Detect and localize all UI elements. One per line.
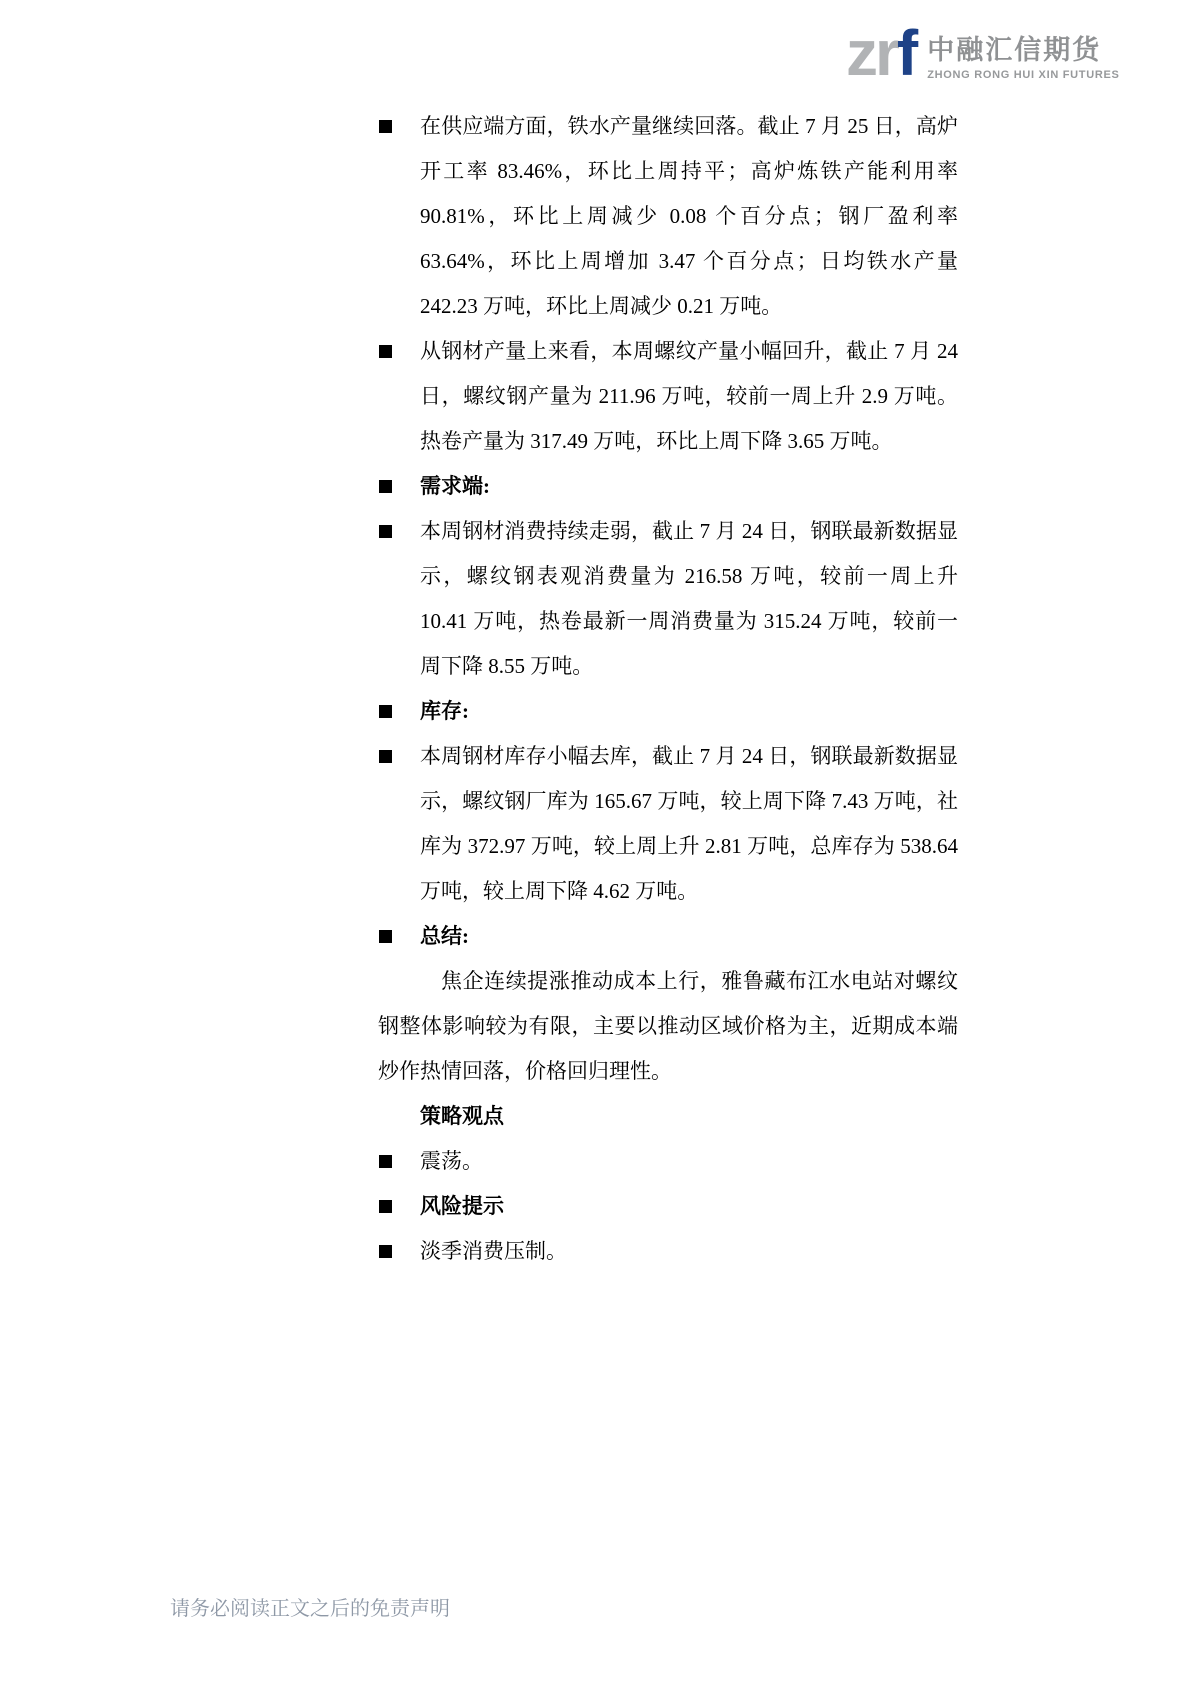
logo-f-letter: f [897,17,915,89]
item-text: 需求端: [420,474,490,498]
bullet-square-icon [379,705,392,718]
company-logo: zrf 中融汇信期货 ZHONG RONG HUI XIN FUTURES [846,24,1120,82]
bullet-item: 震荡。 [378,1139,958,1184]
item-text: 本周钢材库存小幅去库，截止 7 月 24 日，钢联最新数据显示，螺纹钢厂库为 1… [420,744,958,903]
bullet-item: 淡季消费压制。 [378,1229,958,1274]
item-text: 总结: [420,924,469,948]
item-text: 库存: [420,699,469,723]
bullet-item: 本周钢材消费持续走弱，截止 7 月 24 日，钢联最新数据显示，螺纹钢表观消费量… [378,509,958,689]
logo-monogram: zrf [846,24,915,82]
item-text: 淡季消费压制。 [420,1239,567,1263]
bullet-section-heading: 风险提示 [378,1184,958,1229]
bullet-square-icon [379,750,392,763]
bullet-square-icon [379,1155,392,1168]
bullet-square-icon [379,930,392,943]
footer-disclaimer: 请务必阅读正文之后的免责声明 [170,1596,450,1622]
company-name-english: ZHONG RONG HUI XIN FUTURES [927,69,1119,81]
logo-zr-letters: zr [846,17,897,89]
bullet-section-heading: 总结: [378,914,958,959]
bullet-section-heading: 需求端: [378,464,958,509]
bullet-square-icon [379,525,392,538]
bullet-item: 从钢材产量上来看，本周螺纹产量小幅回升，截止 7 月 24 日，螺纹钢产量为 2… [378,329,958,464]
section-heading: 策略观点 [378,1094,958,1139]
bullet-square-icon [379,120,392,133]
bullet-square-icon [379,345,392,358]
item-text: 焦企连续提涨推动成本上行，雅鲁藏布江水电站对螺纹钢整体影响较为有限，主要以推动区… [378,969,958,1083]
item-text: 风险提示 [420,1194,504,1218]
bullet-item: 本周钢材库存小幅去库，截止 7 月 24 日，钢联最新数据显示，螺纹钢厂库为 1… [378,734,958,914]
report-body: 在供应端方面，铁水产量继续回落。截止 7 月 25 日，高炉开工率 83.46%… [378,104,958,1274]
bullet-section-heading: 库存: [378,689,958,734]
bullet-square-icon [379,480,392,493]
logo-names: 中融汇信期货 ZHONG RONG HUI XIN FUTURES [927,35,1119,82]
item-text: 在供应端方面，铁水产量继续回落。截止 7 月 25 日，高炉开工率 83.46%… [420,114,958,318]
item-text: 本周钢材消费持续走弱，截止 7 月 24 日，钢联最新数据显示，螺纹钢表观消费量… [420,519,958,678]
company-name-chinese: 中融汇信期货 [927,35,1119,65]
bullet-square-icon [379,1245,392,1258]
bullet-square-icon [379,1200,392,1213]
bullet-item: 在供应端方面，铁水产量继续回落。截止 7 月 25 日，高炉开工率 83.46%… [378,104,958,329]
item-text: 震荡。 [420,1149,483,1173]
item-text: 从钢材产量上来看，本周螺纹产量小幅回升，截止 7 月 24 日，螺纹钢产量为 2… [420,339,958,453]
item-text: 策略观点 [420,1104,504,1128]
summary-paragraph: 焦企连续提涨推动成本上行，雅鲁藏布江水电站对螺纹钢整体影响较为有限，主要以推动区… [378,959,958,1094]
